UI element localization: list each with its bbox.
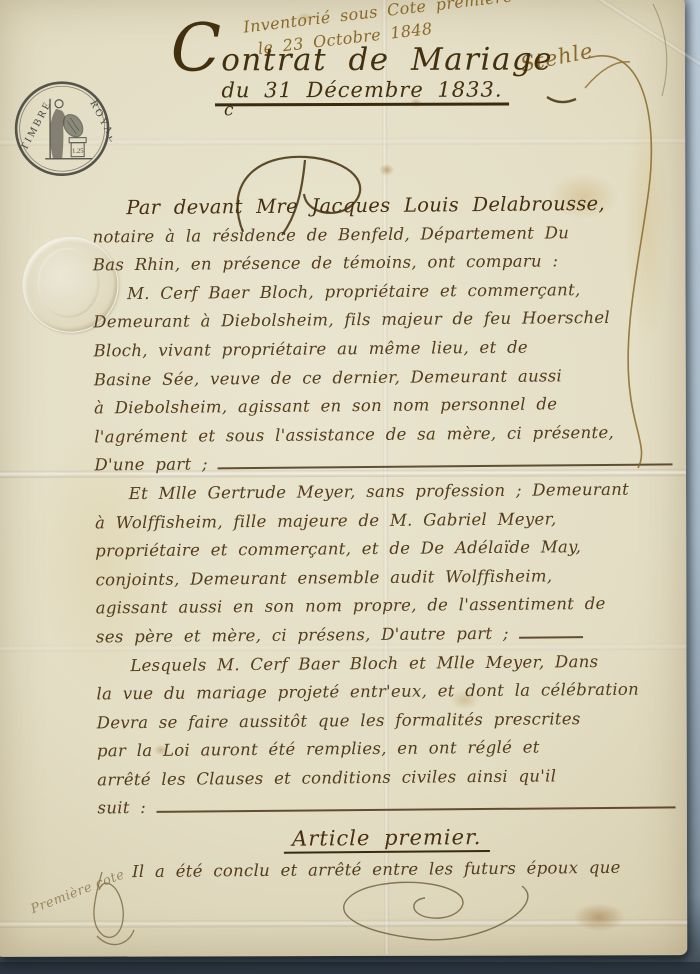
- body-line-text: arrêté les Clauses et conditions civiles…: [97, 762, 556, 795]
- title-block: Contrat de Mariage du 31 Décembre 1833.: [144, 41, 580, 106]
- body-line-text: à Diebolsheim, agissant en son nom perso…: [94, 391, 558, 424]
- embossed-seal-figure: [37, 248, 99, 318]
- revenue-stamp: TIMBRE ROYAL. 1.25: [12, 79, 112, 179]
- body-line: l'agrément et sous l'assistance de sa mè…: [94, 418, 672, 452]
- closing-line: Il a été conclu et arrêté entre les futu…: [98, 853, 676, 887]
- document-body: Par devant Mre Jacques Louis Delabrousse…: [92, 189, 676, 887]
- body-line: Demeurant à Diebolsheim, fils majeur de …: [93, 304, 671, 338]
- footer-annotation: Première cote: [29, 867, 127, 917]
- body-line-text: Demeurant à Diebolsheim, fils majeur de …: [93, 304, 610, 337]
- ink-rule: [218, 464, 673, 470]
- body-line-text: à Wolffisheim, fille majeure de M. Gabri…: [95, 505, 557, 538]
- body-line-text: notaire à la résidence de Benfeld, Dépar…: [92, 219, 569, 252]
- body-line-text: M. Cerf Baer Bloch, propriétaire et comm…: [127, 276, 581, 309]
- scanner-background-strip: [0, 962, 700, 974]
- stamp-value: 1.25: [72, 148, 83, 155]
- body-line-text: Lesquels M. Cerf Baer Bloch et Mlle Meye…: [130, 648, 598, 681]
- corner-fold-crease: [576, 0, 700, 68]
- article-heading: Article premier.: [98, 818, 676, 858]
- body-line: la vue du mariage projeté entr'eux, et d…: [96, 675, 674, 709]
- body-line-text: Et Mlle Gertrude Meyer, sans profession …: [129, 476, 630, 509]
- timbre-royal-stamp-icon: TIMBRE ROYAL. 1.25: [12, 79, 112, 179]
- body-line-text: suit :: [97, 794, 146, 823]
- body-line-text: Par devant Mre Jacques Louis Delabrousse…: [126, 190, 605, 223]
- body-line-text: ses père et mère, ci présens, D'autre pa…: [96, 620, 509, 652]
- body-line-text: D'une part ;: [94, 451, 208, 481]
- document-title: Contrat de Mariage: [144, 41, 580, 78]
- ink-rule: [156, 807, 675, 814]
- document-date-subtitle: du 31 Décembre 1833.: [215, 78, 508, 107]
- body-line: Et Mlle Gertrude Meyer, sans profession …: [95, 475, 673, 509]
- body-line-text: propriétaire et commerçant, et de De Adé…: [95, 533, 581, 566]
- stamp-right-text: ROYAL.: [87, 99, 112, 151]
- body-line-text: Basine Sée, veuve de ce dernier, Demeura…: [94, 362, 563, 395]
- paper-sheet: TIMBRE ROYAL. 1.25 Inventorié sous Cote …: [0, 0, 687, 957]
- article-heading-text: Article premier.: [284, 825, 490, 854]
- body-line-text: l'agrément et sous l'assistance de sa mè…: [94, 419, 614, 452]
- body-line-text: Devra se faire aussitôt que les formalit…: [97, 705, 581, 738]
- stamp-left-text: TIMBRE: [19, 99, 54, 152]
- body-line: Par devant Mre Jacques Louis Delabrousse…: [92, 189, 670, 223]
- closing-line-text: Il a été conclu et arrêté entre les futu…: [132, 854, 621, 887]
- scanned-document: { "scan": { "registration_note": { "line…: [0, 0, 700, 974]
- body-line-text: par la Loi auront été remplies, en ont r…: [97, 734, 540, 766]
- stain: [379, 164, 394, 176]
- stain: [573, 903, 625, 931]
- body-line-text: Bloch, vivant propriétaire au même lieu,…: [93, 334, 528, 366]
- body-line: agissant aussi en son nom propre, de l'a…: [96, 590, 674, 624]
- body-line-text: conjoints, Demeurant ensemble audit Wolf…: [95, 562, 552, 595]
- body-line-text: agissant aussi en son nom propre, de l'a…: [96, 590, 606, 623]
- body-line-text: Bas Rhin, en présence de témoins, ont co…: [93, 248, 559, 281]
- margin-mark: c: [224, 100, 234, 120]
- ink-rule: [519, 636, 583, 639]
